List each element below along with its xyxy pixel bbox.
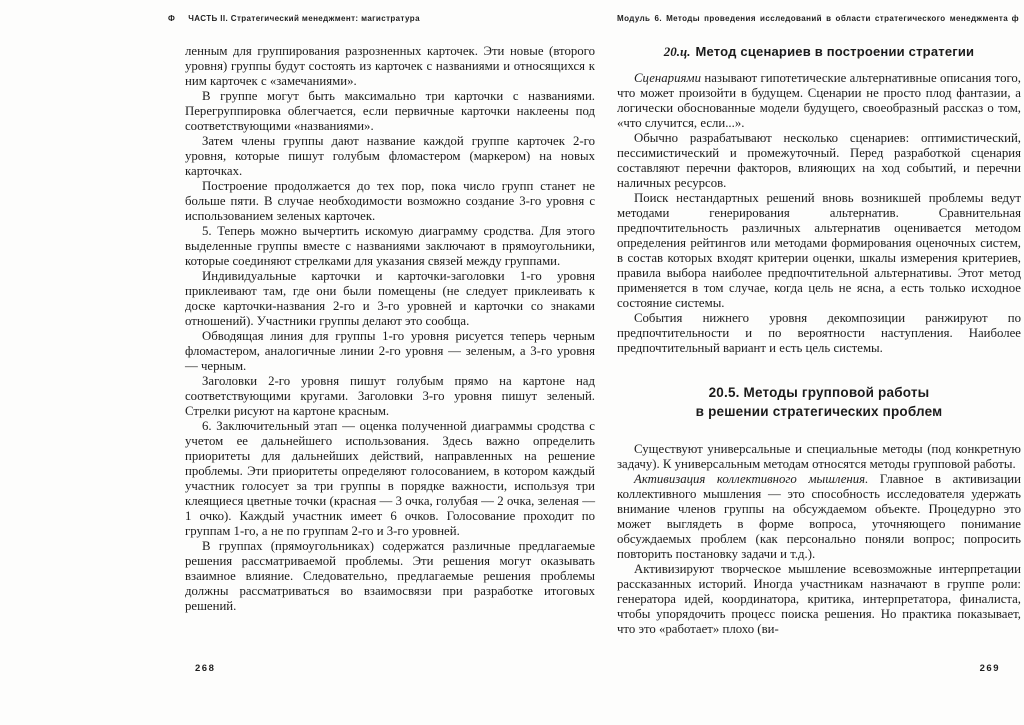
paragraph-lead: Сценариями xyxy=(634,71,701,85)
body-paragraph: Обводящая линия для группы 1-го уровня р… xyxy=(185,329,595,374)
body-paragraph: Обычно разрабатывают несколько сценариев… xyxy=(617,131,1021,191)
running-header-left: Ф ЧАСТЬ II. Стратегический менеджмент: м… xyxy=(168,14,598,23)
body-paragraph: Поиск нестандартных решений вновь возник… xyxy=(617,191,1021,311)
body-paragraph: Заголовки 2-го уровня пишут голубым прям… xyxy=(185,374,595,419)
running-header-right: Модуль 6. Методы проведения исследований… xyxy=(617,14,1019,23)
page-number-left: 268 xyxy=(195,663,215,674)
body-paragraph: События нижнего уровня декомпозиции ранж… xyxy=(617,311,1021,356)
book-spread: { "left_page": { "header": { "ornament":… xyxy=(0,0,1024,725)
left-page-body: ленным для группирования разрозненных ка… xyxy=(185,44,595,614)
section-heading-line2: в решении стратегических проблем xyxy=(696,404,943,419)
body-paragraph: Затем члены группы дают название каждой … xyxy=(185,134,595,179)
header-ornament-icon: ф xyxy=(1012,14,1019,23)
right-page-body: 20.ц.Метод сценариев в построении страте… xyxy=(617,42,1021,637)
running-header-left-text: ЧАСТЬ II. Стратегический менеджмент: маг… xyxy=(188,14,420,23)
section-number: 20.ц. xyxy=(664,44,691,59)
section-title: Метод сценариев в построении стратегии xyxy=(695,44,974,59)
body-paragraph: Активизируют творческое мышление всевозм… xyxy=(617,562,1021,637)
body-paragraph: 5. Теперь можно вычертить искомую диагра… xyxy=(185,224,595,269)
page-number-right: 269 xyxy=(955,663,1000,674)
body-paragraph: Индивидуальные карточки и карточки-загол… xyxy=(185,269,595,329)
body-paragraph: Существуют универсальные и специальные м… xyxy=(617,442,1021,472)
body-paragraph: Активизация коллективного мышления. Глав… xyxy=(617,472,1021,562)
section-heading-20-5: 20.5. Методы групповой работы в решении … xyxy=(617,383,1021,421)
body-paragraph: ленным для группирования разрозненных ка… xyxy=(185,44,595,89)
header-ornament-icon: Ф xyxy=(168,14,175,23)
body-paragraph: В группах (прямоугольниках) содержатся р… xyxy=(185,539,595,614)
paragraph-lead: Активизация коллективного мышления. xyxy=(634,472,868,486)
section-heading-line1: 20.5. Методы групповой работы xyxy=(709,385,930,400)
body-paragraph: Построение продолжается до тех пор, пока… xyxy=(185,179,595,224)
section-heading-20-4: 20.ц.Метод сценариев в построении страте… xyxy=(617,44,1021,60)
book-spread-background: Ф ЧАСТЬ II. Стратегический менеджмент: м… xyxy=(0,0,1024,725)
body-paragraph: В группе могут быть максимально три карт… xyxy=(185,89,595,134)
running-header-right-text: Модуль 6. Методы проведения исследований… xyxy=(617,14,1008,23)
body-paragraph: Сценариями называют гипотетические альте… xyxy=(617,71,1021,131)
body-paragraph: 6. Заключительный этап — оценка полученн… xyxy=(185,419,595,539)
